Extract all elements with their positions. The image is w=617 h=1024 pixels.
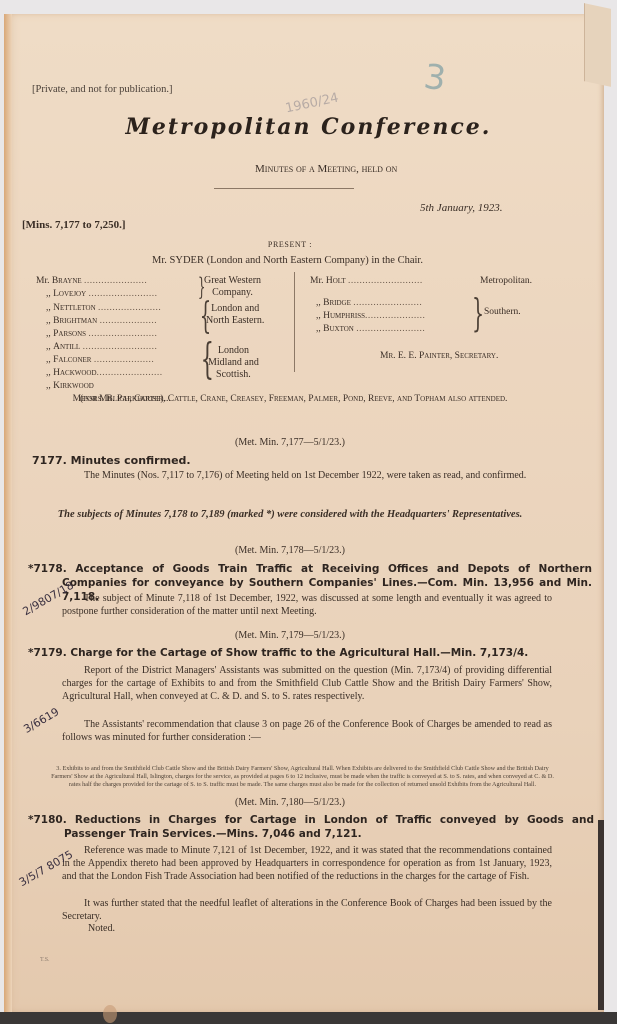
attendee: ,, Humphriss..................... [316, 311, 425, 321]
title-divider [214, 188, 354, 189]
attendee: ,, Kirkwood [46, 381, 94, 391]
attendee: ,, Hackwood....................... [46, 368, 163, 378]
minute-ref: (Met. Min. 7,178—5/1/23.) [0, 545, 580, 556]
privacy-note: [Private, and not for publication.] [32, 84, 173, 95]
attendee: ,, Lovejoy ........................ [46, 289, 158, 299]
present-label: PRESENT : [0, 240, 580, 249]
minute-paragraph: Report of the District Managers' Assista… [62, 664, 552, 703]
attendee: Mr. Brayne ...................... [36, 276, 147, 286]
minute-paragraph: Noted. [88, 922, 115, 935]
attendee: ,, Brightman .................... [46, 316, 157, 326]
company-southern: Southern. [484, 307, 521, 317]
company-lner: London andNorth Eastern. [206, 303, 264, 327]
attendee: ,, Parsons ........................ [46, 329, 157, 339]
minute-ref: (Met. Min. 7,177—5/1/23.) [0, 437, 580, 448]
meeting-line: Minutes of a Meeting, held on [255, 163, 397, 175]
company-lms: LondonMidland andScottish. [208, 345, 259, 381]
minute-paragraph: It was further stated that the needful l… [62, 897, 552, 923]
attendee: ,, Nettleton ...................... [46, 303, 161, 313]
minute-paragraph: The Minutes (Nos. 7,117 to 7,176) of Mee… [62, 469, 552, 482]
attendee: Mr. Holt .......................... [310, 276, 423, 286]
background-surface [0, 1012, 617, 1024]
attendee: ,, Falconer ..................... [46, 355, 154, 365]
document-title: Metropolitan Conference. [0, 114, 617, 140]
meeting-date: 5th January, 1923. [420, 202, 503, 214]
company-metropolitan: Metropolitan. [480, 276, 532, 286]
minute-ref: (Met. Min. 7,179—5/1/23.) [0, 630, 580, 641]
minutes-range: [Mins. 7,177 to 7,250.] [22, 219, 126, 231]
company-great-western: Great WesternCompany. [204, 275, 261, 299]
folded-corner [584, 3, 611, 87]
paper-stain [103, 1005, 117, 1023]
attendee: ,, Buxton ........................ [316, 324, 425, 334]
attendee: ,, Bridge ........................ [316, 298, 422, 308]
column-divider [294, 272, 295, 372]
brace: } [472, 298, 484, 328]
minute-heading: 7177. Minutes confirmed. [32, 454, 191, 467]
headquarters-note: The subjects of Minutes 7,178 to 7,189 (… [50, 507, 530, 522]
minute-ref: (Met. Min. 7,180—5/1/23.) [0, 797, 580, 808]
chair-line: Mr. SYDER (London and North Eastern Comp… [0, 255, 575, 266]
footer-mark: T.S. [40, 957, 50, 963]
attendee: ,, Antill .......................... [46, 342, 157, 352]
minute-paragraph: The Assistants' recommendation that clau… [62, 718, 552, 744]
also-attended: Messrs. Bligh, Carter, Cattle, Crane, Cr… [30, 392, 550, 406]
minute-heading: *7179. Charge for the Cartage of Show tr… [28, 647, 528, 659]
secretary-line: Mr. E. E. Painter, Secretary. [380, 351, 498, 361]
minute-paragraph: Reference was made to Minute 7,121 of 1s… [62, 844, 552, 883]
minute-paragraph: The subject of Minute 7,118 of 1st Decem… [62, 592, 552, 618]
clause-text: 3. Exhibits to and from the Smithfield C… [45, 765, 560, 789]
minute-heading: *7180. Reductions in Charges for Cartage… [28, 813, 594, 841]
binding-edge [598, 820, 604, 1010]
